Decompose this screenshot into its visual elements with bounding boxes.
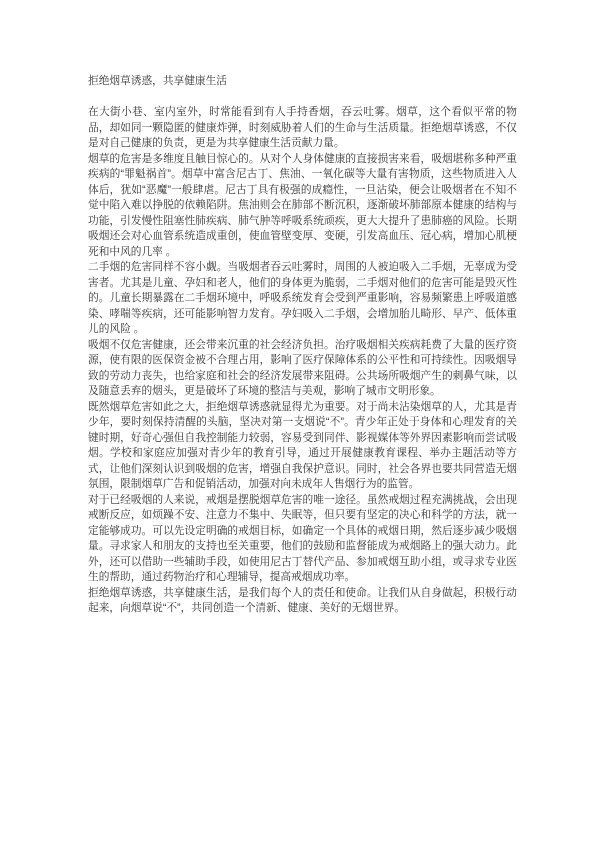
paragraph: 拒绝烟草诱惑，共享健康生活，是我们每个人的责任和使命。让我们从自身做起，积极行动… <box>88 586 517 617</box>
paragraph: 对于已经吸烟的人来说，戒烟是摆脱烟草危害的唯一途径。虽然戒烟过程充满挑战，会出现… <box>88 493 517 586</box>
document-content: 拒绝烟草诱惑，共享健康生活 在大街小巷、室内室外，时常能看到有人手持香烟，吞云吐… <box>88 74 517 617</box>
paragraph: 二手烟的危害同样不容小觑。当吸烟者吞云吐雾时，周围的人被迫吸入二手烟，无辜成为受… <box>88 260 517 338</box>
document-page: 拒绝烟草诱惑，共享健康生活 在大街小巷、室内室外，时常能看到有人手持香烟，吞云吐… <box>0 0 595 841</box>
paragraph: 吸烟不仅危害健康，还会带来沉重的社会经济负担。治疗吸烟相关疾病耗费了大量的医疗资… <box>88 338 517 400</box>
paragraph: 烟草的危害是多维度且触目惊心的。从对个人身体健康的直接损害来看，吸烟堪称多种严重… <box>88 152 517 261</box>
paragraph: 既然烟草危害如此之大，拒绝烟草诱惑就显得尤为重要。对于尚未沾染烟草的人，尤其是青… <box>88 400 517 493</box>
paragraph: 在大街小巷、室内室外，时常能看到有人手持香烟，吞云吐雾。烟草，这个看似平常的物品… <box>88 105 517 152</box>
document-body: 在大街小巷、室内室外，时常能看到有人手持香烟，吞云吐雾。烟草，这个看似平常的物品… <box>88 105 517 617</box>
document-title: 拒绝烟草诱惑，共享健康生活 <box>88 74 517 90</box>
